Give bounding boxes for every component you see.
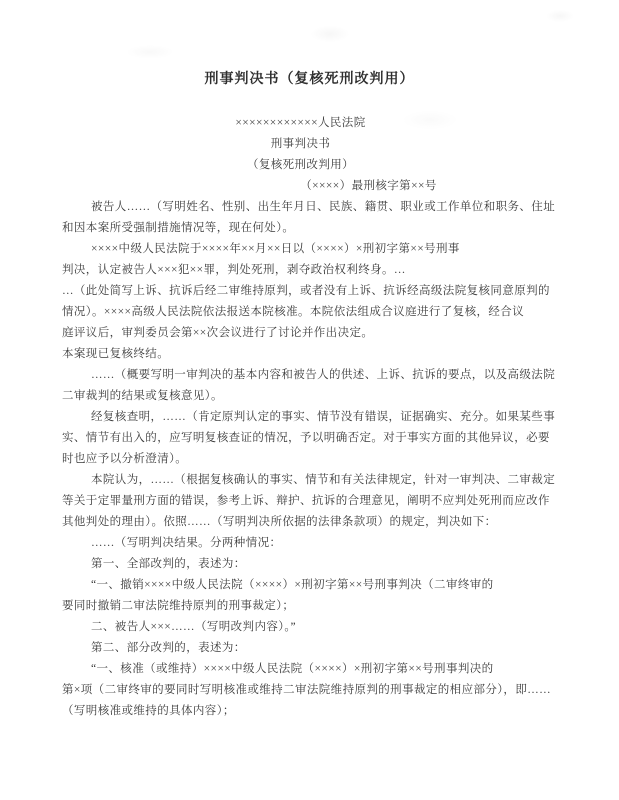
page-title: 刑事判决书（复核死刑改判用） [0,0,619,90]
court-name-line: ××××××××××××人民法院 [62,113,539,134]
body-line: 二审裁判的结果或复核意见）。 [62,386,539,407]
body-line: 判决，认定被告人×××犯××罪，判处死刑，剥夺政治权利终身。… [62,260,539,281]
body-line: 时也应予以分析澄清）。 [62,449,539,470]
body-line: 其他判处的理由）。依照……（写明判决所依据的法律条款项）的规定，判决如下： [62,512,539,533]
body-line: 第×项（二审终审的要同时写明核准或维持二审法院维持原判的刑事裁定的相应部分），即… [62,680,539,701]
body-line: 等关于定罪量刑方面的错误，参考上诉、辩护、抗诉的合理意见，阐明不应判处死刑而应改… [62,491,539,512]
body-line: …（此处简写上诉、抗诉后经二审维持原判，或者没有上诉、抗诉经高级法院复核同意原判… [62,281,539,302]
body-line: 本院认为，……（根据复核确认的事实、情节和有关法律规定，针对一审判决、二审裁定 [62,470,539,491]
body-line: ……（概要写明一审判决的基本内容和被告人的供述、上诉、抗诉的要点，以及高级法院 [62,365,539,386]
document-page: 刑事判决书（复核死刑改判用） ××××××××××××人民法院 刑事判决书 （复… [0,0,619,800]
body-line: 和因本案所受强制措施情况等，现在何处）。 [62,218,539,239]
body-line: 第二、部分改判的，表述为： [62,638,539,659]
body-line: ……（写明判决结果。分两种情况： [62,533,539,554]
body-line: ××××中级人民法院于××××年××月××日以（××××）×刑初字第××号刑事 [62,239,539,260]
body-line: “一、核准（或维持）××××中级人民法院（××××）×刑初字第××号刑事判决的 [62,659,539,680]
body-line: 二、被告人×××……（写明改判内容）。” [62,617,539,638]
body-line: 实、情节有出入的，应写明复核查证的情况，予以明确否定。对于事实方面的其他异议，必… [62,428,539,449]
body-line: 第一、全部改判的，表述为： [62,554,539,575]
body-line: “一、撤销××××中级人民法院（××××）×刑初字第××号刑事判决（二审终审的 [62,575,539,596]
doc-usage-line: （复核死刑改判用） [62,155,539,176]
body-line: 要同时撤销二审法院维持原判的刑事裁定）； [62,596,539,617]
body-line: （写明核准或维持的具体内容）； [62,701,539,722]
body-line: 被告人……（写明姓名、性别、出生年月日、民族、籍贯、职业或工作单位和职务、住址 [62,197,539,218]
body-line: 情况）。××××高级人民法院依法报送本院核准。本院依法组成合议庭进行了复核，经合… [62,302,539,323]
doc-type-line: 刑事判决书 [62,134,539,155]
case-number: （××××）最刑核字第××号 [130,176,607,197]
document-body: ××××××××××××人民法院 刑事判决书 （复核死刑改判用） （××××）最… [62,113,539,722]
body-line: 本案现已复核终结。 [62,344,539,365]
body-line: 庭评议后，审判委员会第××次会议进行了讨论并作出决定。 [62,323,539,344]
body-line: 经复核查明，……（肯定原判认定的事实、情节没有错误，证据确实、充分。如果某些事 [62,407,539,428]
